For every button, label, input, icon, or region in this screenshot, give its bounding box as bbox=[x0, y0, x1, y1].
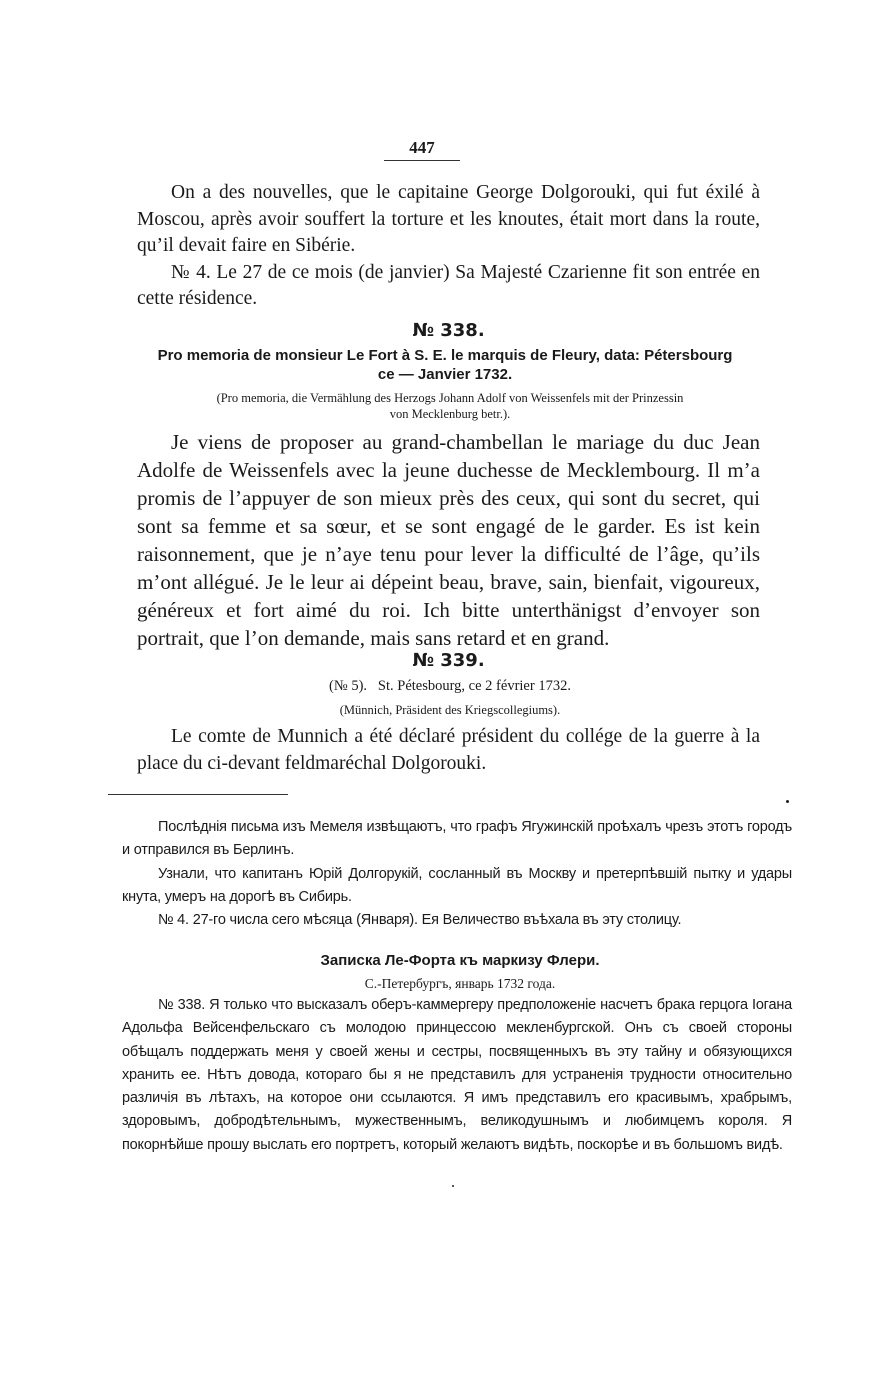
document-title-line-1: Pro memoria de monsieur Le Fort à S. E. … bbox=[120, 346, 770, 365]
document-body-339: Le comte de Munnich a été déclaré présid… bbox=[137, 724, 760, 777]
ru-document-title: Записка Ле-Форта къ маркизу Флери. bbox=[120, 950, 800, 972]
document-subtitle-338: (Pro memoria, die Vermählung des Herzogs… bbox=[120, 390, 780, 422]
footnote-separator bbox=[108, 794, 288, 795]
subtitle-line-2: von Mecklenburg betr.). bbox=[120, 406, 780, 422]
ru-paragraph-yaguzhinsky: Послѣднія письма изъ Мемеля извѣщаютъ, ч… bbox=[122, 816, 792, 863]
french-intro: On a des nouvelles, que le capitaine Geo… bbox=[137, 180, 760, 313]
book-page: 447 On a des nouvelles, que le capitaine… bbox=[0, 0, 882, 1393]
page-number-rule bbox=[384, 160, 460, 161]
document-number-338: № 338. bbox=[137, 320, 760, 341]
paragraph-marriage-proposal: Je viens de proposer au grand-chambellan… bbox=[137, 428, 760, 652]
document-title-338: Pro memoria de monsieur Le Fort à S. E. … bbox=[120, 346, 770, 384]
subtitle-line-1: (Pro memoria, die Vermählung des Herzogs… bbox=[120, 390, 780, 406]
paragraph-munnich: Le comte de Munnich a été déclaré présid… bbox=[137, 724, 760, 777]
ru-paragraph-marriage: № 338. Я только что высказалъ оберъ-камм… bbox=[122, 994, 792, 1157]
russian-translation: Послѣднія письма изъ Мемеля извѣщаютъ, ч… bbox=[122, 816, 792, 932]
paragraph-czarine-entry: № 4. Le 27 de ce mois (de janvier) Sa Ma… bbox=[137, 260, 760, 313]
document-number-339: № 339. bbox=[137, 650, 760, 671]
ru-document-body: № 338. Я только что высказалъ оберъ-камм… bbox=[122, 994, 792, 1157]
document-title-line-2: ce — Janvier 1732. bbox=[120, 365, 770, 384]
ru-paragraph-entry: № 4. 27-го числа сего мѣсяца (Января). Е… bbox=[122, 909, 792, 932]
document-dateline-339: (№ 5). St. Pétesbourg, ce 2 février 1732… bbox=[120, 676, 780, 696]
document-body-338: Je viens de proposer au grand-chambellan… bbox=[137, 428, 760, 652]
stray-mark bbox=[786, 800, 789, 803]
ru-paragraph-dolgoruky: Узнали, что капитанъ Юрій Долгорукій, со… bbox=[122, 863, 792, 910]
ru-document-dateline: С.-Петербургъ, январь 1732 года. bbox=[120, 974, 800, 994]
page-number: 447 bbox=[384, 138, 460, 158]
paragraph-dolgorouki-news: On a des nouvelles, que le capitaine Geo… bbox=[137, 180, 760, 260]
stray-mark-bottom bbox=[452, 1185, 454, 1187]
document-subtitle-339: (Münnich, Präsident des Kriegscollegiums… bbox=[120, 702, 780, 718]
